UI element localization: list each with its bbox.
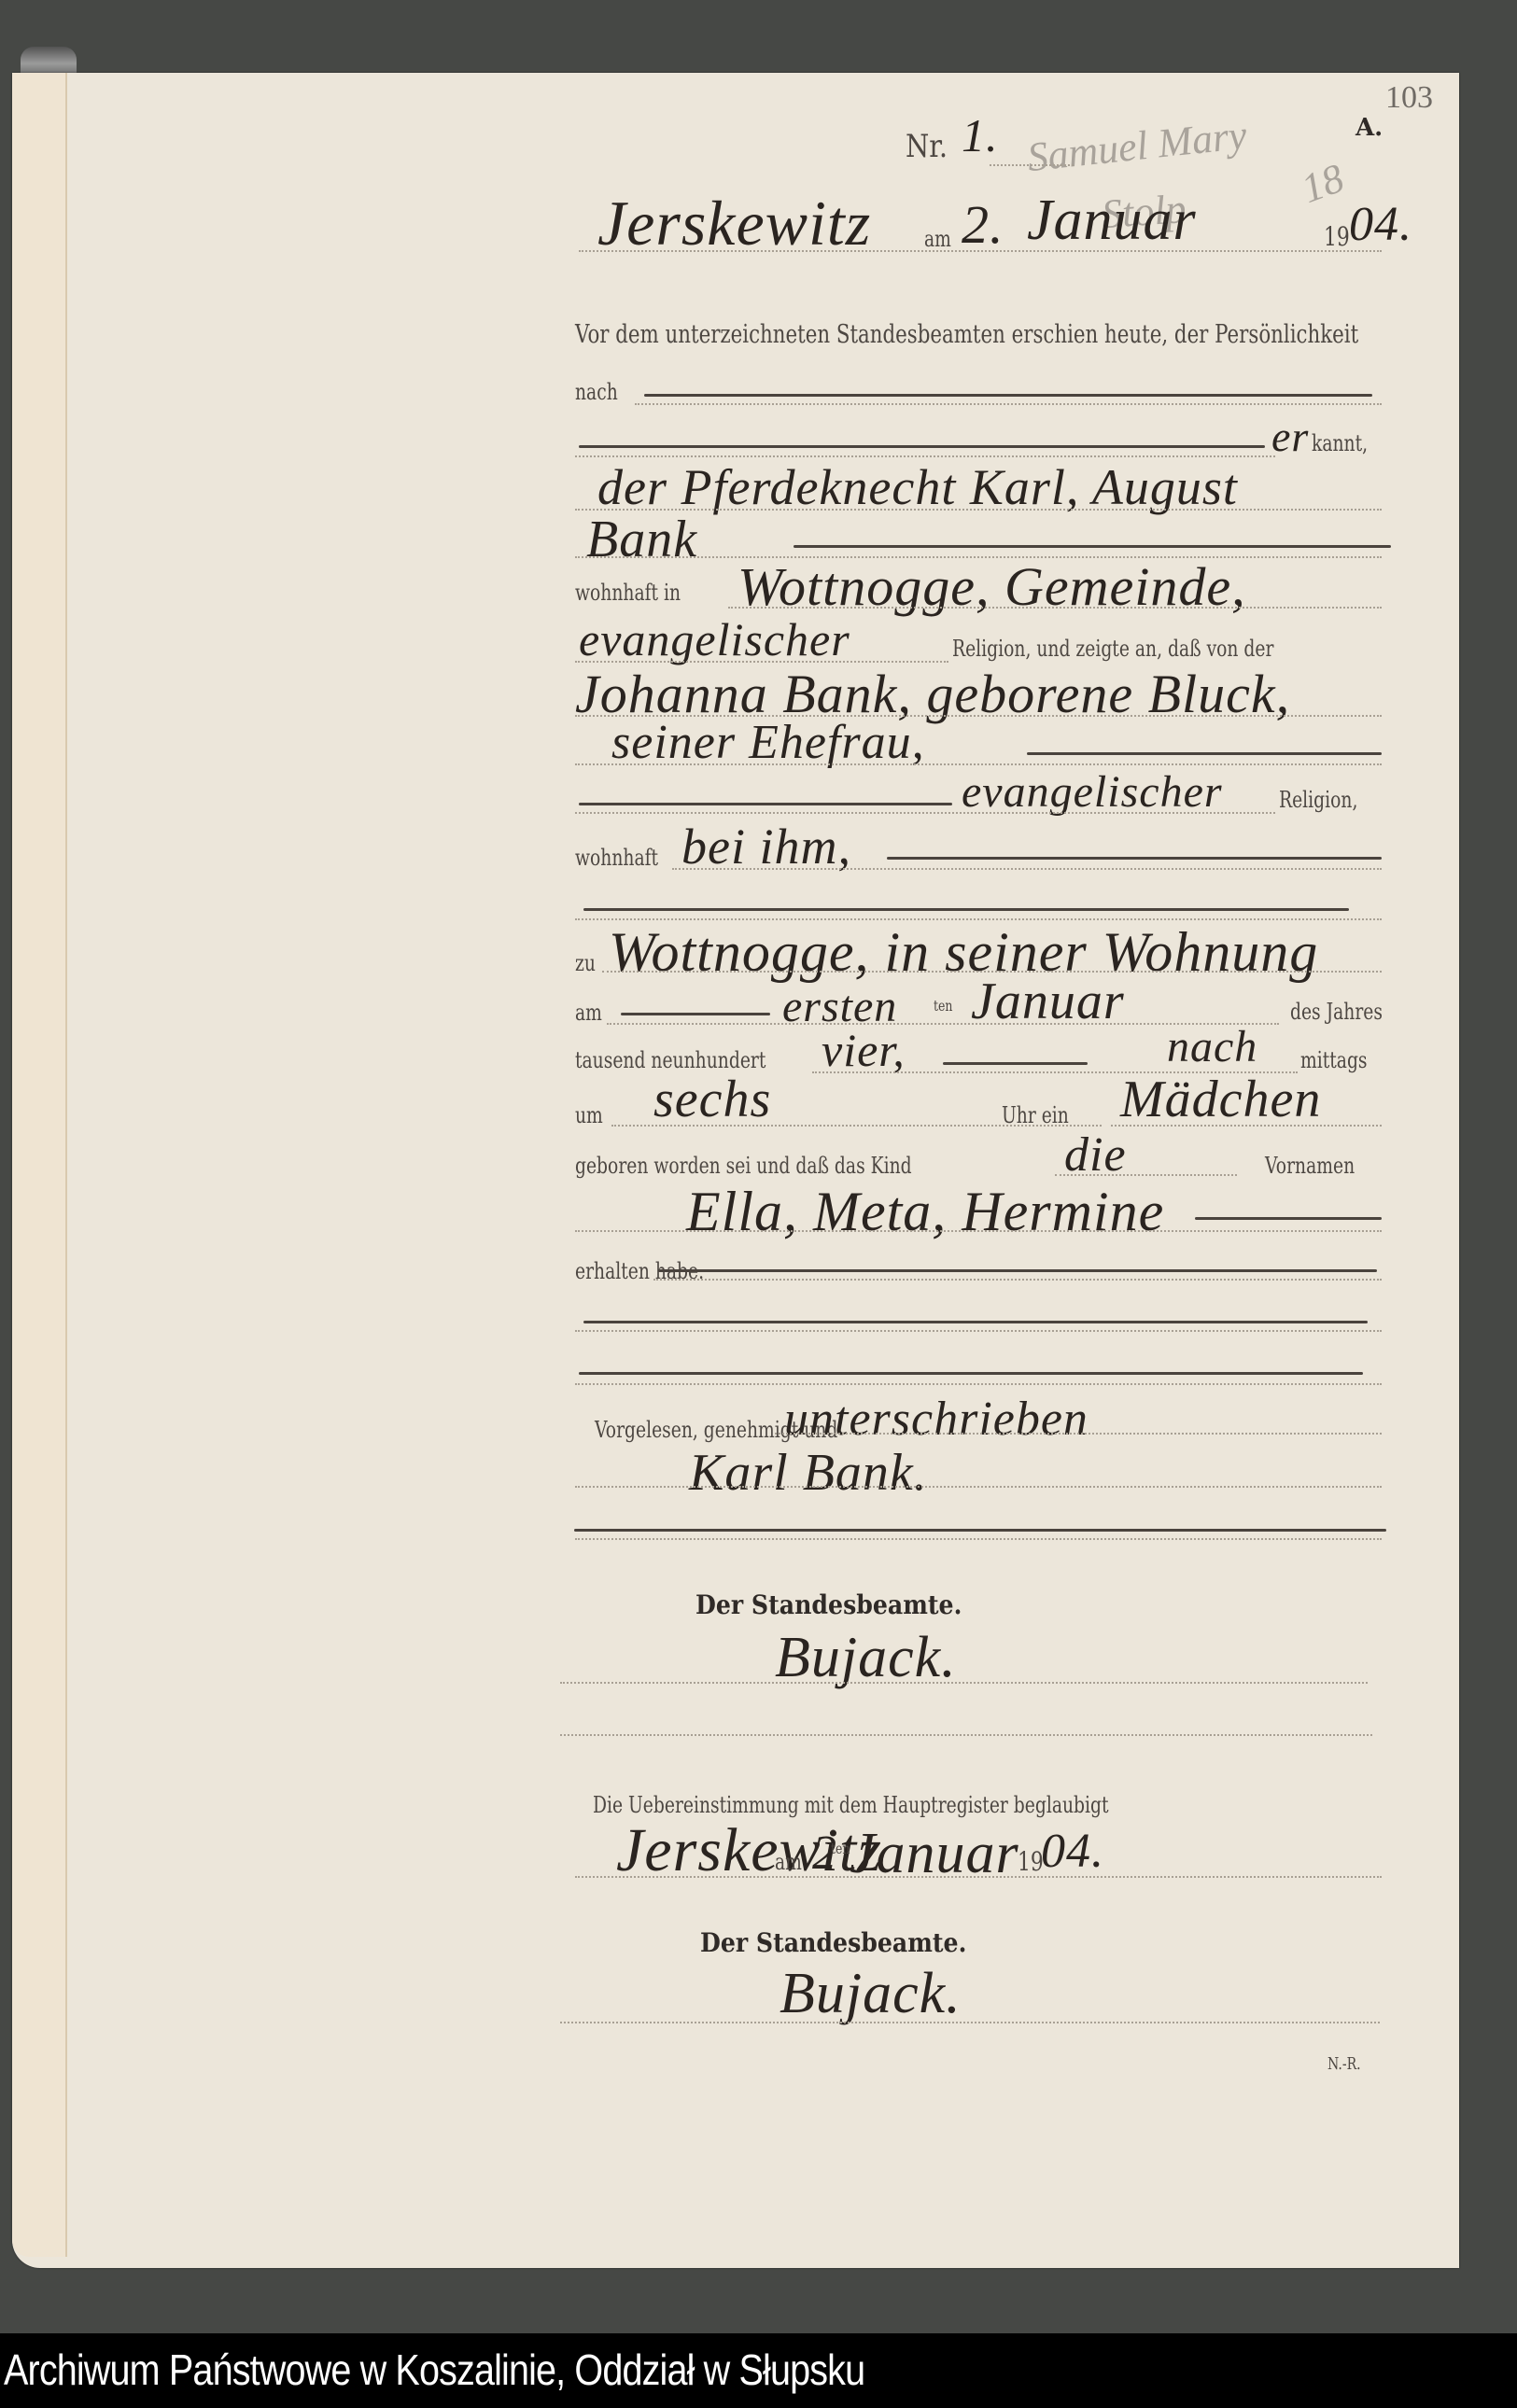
entry-number: 1. [962,112,999,159]
religion-text: Religion, und zeigte an, daß von der [952,637,1273,660]
mother-residence: bei ihm, [681,821,851,872]
place-handwritten: Jerskewitz [597,191,871,255]
dotted-line [560,2022,1380,2023]
blank-stroke [644,394,1372,397]
mittags-label: mittags [1300,1049,1368,1071]
blank-stroke [579,1372,1363,1375]
dotted-line [728,607,1382,609]
blank-stroke [574,1529,1386,1532]
corner-letter: A. [1355,116,1383,140]
dotted-line [1111,1125,1382,1127]
blank-stroke [943,1062,1088,1065]
erkannt-label: kannt, [1312,432,1368,455]
uhr-ein-label: Uhr ein [1002,1104,1069,1127]
die-handwritten: die [1064,1131,1127,1180]
vornamen-label: Vornamen [1265,1155,1355,1177]
registrar-title-2: Der Standesbeamte. [700,1930,966,1956]
binding-clip [21,47,77,75]
cert-year-prefix: 19 [1018,1849,1044,1875]
blank-stroke [658,1269,1377,1272]
form-code: N.-R. [1327,2056,1361,2073]
unterschrieben-handwritten: unterschrieben [784,1395,1089,1444]
dotted-line [575,1330,1382,1332]
child-sex: Mädchen [1120,1073,1321,1126]
religion-handwritten: evangelischer [579,616,850,663]
dotted-line [575,812,1275,814]
dotted-line [579,250,1382,252]
birth-hour: sechs [653,1073,771,1126]
am-label: am [924,228,951,250]
ten-label: ten [934,999,952,1014]
dotted-line [775,1433,1382,1435]
dotted-line [575,918,1382,920]
dotted-line [575,1876,1382,1878]
certification-text: Die Uebereinstimmung mit dem Hauptregist… [593,1794,1109,1816]
birth-year: vier, [822,1027,906,1073]
um-label: um [575,1104,603,1127]
blank-stroke [1195,1217,1382,1220]
erkannt-hand: er [1271,415,1309,458]
birth-month: Januar [971,975,1125,1028]
page-fold [12,73,67,2257]
dotted-line [560,1682,1368,1684]
dotted-line [635,403,1382,405]
wohnhaft-label: wohnhaft [575,847,658,869]
cert-am-label: am [775,1851,802,1873]
relation: seiner Ehefrau, [611,719,925,767]
informant-signature: Karl Bank. [689,1447,928,1499]
mother-name: Johanna Bank, geborene Bluck, [575,667,1290,721]
blank-stroke [579,803,952,805]
date-month: Januar [1027,191,1197,249]
dotted-line [575,455,1275,457]
geboren-text: geboren worden sei und daß das Kind [575,1155,912,1177]
date-day: 2. [962,198,1004,252]
blank-stroke [1027,752,1382,755]
blank-stroke [583,1321,1368,1323]
des-jahres-label: des Jahres [1290,1001,1383,1023]
dotted-line [575,763,1382,765]
tausend-label: tausend neunhundert [575,1049,766,1071]
dotted-line [575,1538,1382,1540]
dotted-line [653,1279,1382,1281]
dotted-line [575,1486,1382,1488]
nach-label: nach [575,381,618,403]
cert-month: Januar [850,1825,1019,1883]
mittags-prefix: nach [1167,1025,1257,1070]
am-birth-label: am [575,1001,602,1024]
dotted-line [990,164,1074,166]
cert-ten-label: ten [831,1841,850,1856]
registrar-signature-1: Bujack. [775,1629,957,1687]
intro-text: Vor dem unterzeichneten Standesbeamten e… [575,322,1358,347]
entry-number-label: Nr. [906,131,948,162]
blank-stroke [621,1013,770,1015]
cert-year-suffix: 04. [1041,1827,1104,1876]
wohnhaft-in-label: wohnhaft in [575,581,681,604]
dotted-line [560,1734,1372,1736]
year-prefix: 19 [1324,224,1350,250]
dotted-line [1055,1174,1237,1176]
archive-credit: Archiwum Państwowe w Koszalinie, Oddział… [4,2345,864,2395]
registrar-signature-2: Bujack. [780,1965,962,2023]
page-number-pencil: 103 [1385,82,1433,114]
blank-stroke [583,908,1349,911]
registrar-title-1: Der Standesbeamte. [695,1592,962,1618]
mother-religion: evangelischer [962,770,1223,815]
dotted-line [575,1383,1382,1385]
year-suffix: 04. [1349,201,1412,249]
blank-stroke [579,445,1265,448]
zu-label: zu [575,952,596,974]
informant-line-1: der Pferdeknecht Karl, August [597,462,1238,512]
religion-label: Religion, [1279,789,1357,811]
blank-stroke [887,857,1382,860]
dotted-line [575,1230,1382,1232]
blank-stroke [794,545,1391,548]
dotted-line [575,661,948,663]
dotted-line [672,868,1382,870]
